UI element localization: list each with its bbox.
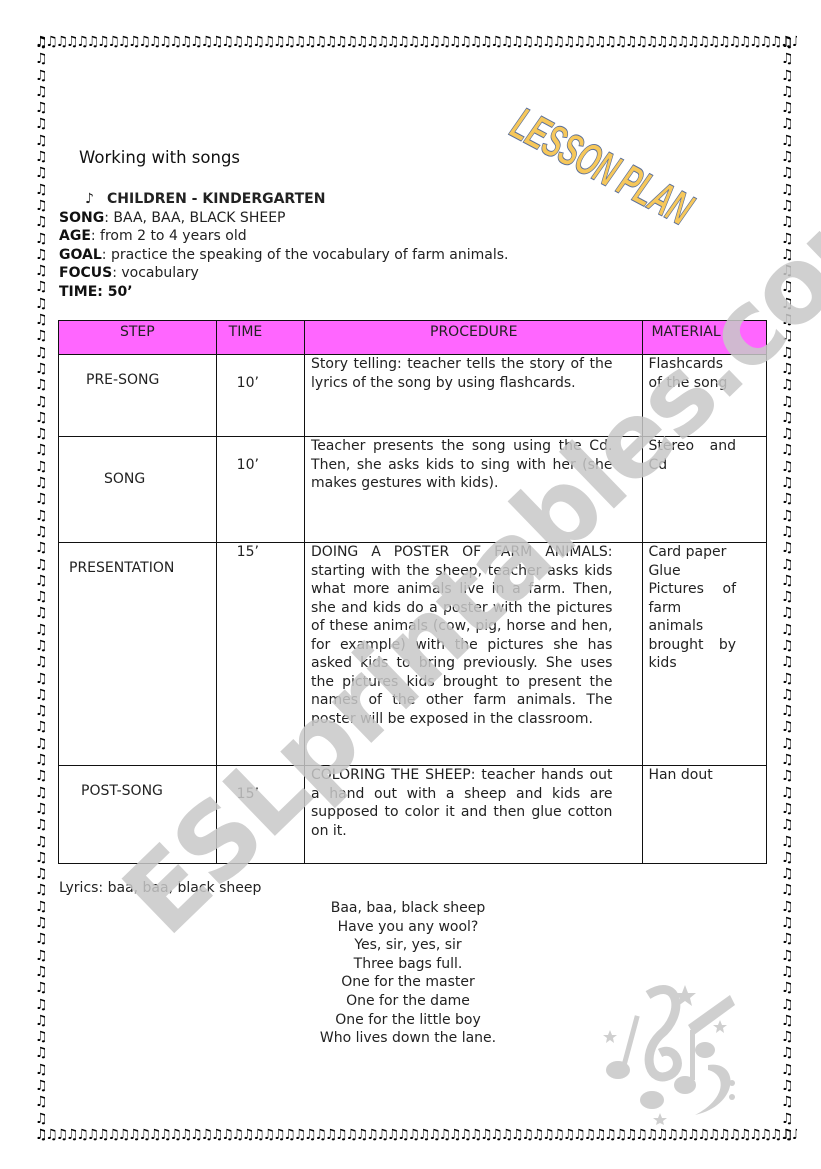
material-line: Glue <box>648 562 736 581</box>
lyrics-line: One for the master <box>308 973 508 992</box>
lyrics-line: Who lives down the lane. <box>308 1029 508 1048</box>
time-value: 15’ <box>237 786 259 802</box>
header-step: STEP <box>59 321 217 355</box>
step-label: PRE-SONG <box>86 372 159 388</box>
music-note-bullet-icon: ♪ <box>85 190 107 209</box>
step-cell: SONG <box>59 437 217 543</box>
song-line: SONG: BAA, BAA, BLACK SHEEP <box>59 209 508 228</box>
material-cell: Han dout <box>643 766 767 864</box>
lyrics-line: Three bags full. <box>308 955 508 974</box>
time-cell: 15’ <box>216 766 304 864</box>
music-note-border-bottom-icon: ♫♫♫♫♫♫♫♫♫♫♫♫♫♫♫♫♫♫♫♫♫♫♫♫♫♫♫♫♫♫♫♫♫♫♫♫♫♫♫♫… <box>35 1128 797 1142</box>
lesson-info: ♪CHILDREN - KINDERGARTEN SONG: BAA, BAA,… <box>59 190 508 302</box>
level-line: ♪CHILDREN - KINDERGARTEN <box>59 190 508 209</box>
step-cell: PRE-SONG <box>59 355 217 437</box>
procedure-cell: Story telling: teacher tells the story o… <box>305 355 643 437</box>
material-cell: Stereo and Cd <box>643 437 767 543</box>
step-cell: PRESENTATION <box>59 543 217 766</box>
header-material: MATERIAL <box>643 321 767 355</box>
song-value: : BAA, BAA, BLACK SHEEP <box>104 210 285 226</box>
procedure-cell: COLORING THE SHEEP: teacher hands out a … <box>305 766 643 864</box>
lyrics-line: One for the little boy <box>308 1011 508 1030</box>
procedure-cell: DOING A POSTER OF FARM ANIMALS: starting… <box>305 543 643 766</box>
procedure-cell: Teacher presents the song using the Cd. … <box>305 437 643 543</box>
table-row: PRESENTATION 15’ DOING A POSTER OF FARM … <box>59 543 767 766</box>
time-label: TIME: 50’ <box>59 284 133 300</box>
music-notes-clipart-icon <box>590 975 750 1125</box>
lesson-plan-table: STEP TIME PROCEDURE MATERIAL PRE-SONG 10… <box>58 320 767 864</box>
header-procedure: PROCEDURE <box>305 321 643 355</box>
goal-label: GOAL <box>59 247 102 263</box>
lyrics-line: Yes, sir, yes, sir <box>308 936 508 955</box>
music-note-border-left-icon: ♫♫♫♫♫♫♫♫♫♫♫♫♫♫♫♫♫♫♫♫♫♫♫♫♫♫♫♫♫♫♫♫♫♫♫♫♫♫♫♫… <box>35 35 49 1143</box>
focus-value: : vocabulary <box>112 265 199 281</box>
time-cell: 15’ <box>216 543 304 766</box>
header-time: TIME <box>216 321 304 355</box>
age-label: AGE <box>59 228 91 244</box>
table-row: SONG 10’ Teacher presents the song using… <box>59 437 767 543</box>
music-note-border-top-icon: ♫♫♫♫♫♫♫♫♫♫♫♫♫♫♫♫♫♫♫♫♫♫♫♫♫♫♫♫♫♫♫♫♫♫♫♫♫♫♫♫… <box>35 35 797 49</box>
goal-line: GOAL: practice the speaking of the vocab… <box>59 246 508 265</box>
material-cell: Card paperGluePictures of farm animals b… <box>643 543 767 766</box>
lyrics-text: Baa, baa, black sheepHave you any wool?Y… <box>308 899 508 1048</box>
page-subtitle: Working with songs <box>79 148 240 167</box>
time-value: 10’ <box>237 457 259 473</box>
lyrics-line: Have you any wool? <box>308 918 508 937</box>
material-cell: Flashcards of the song <box>643 355 767 437</box>
goal-value: : practice the speaking of the vocabular… <box>102 247 509 263</box>
lyrics-line: One for the dame <box>308 992 508 1011</box>
age-line: AGE: from 2 to 4 years old <box>59 227 508 246</box>
table-row: POST-SONG 15’ COLORING THE SHEEP: teache… <box>59 766 767 864</box>
lesson-plan-page: ♫♫♫♫♫♫♫♫♫♫♫♫♫♫♫♫♫♫♫♫♫♫♫♫♫♫♫♫♫♫♫♫♫♫♫♫♫♫♫♫… <box>0 0 821 1169</box>
focus-line: FOCUS: vocabulary <box>59 264 508 283</box>
time-value: 10’ <box>237 375 259 391</box>
material-line: Pictures of farm animals brought by kids <box>648 580 736 673</box>
time-line: TIME: 50’ <box>59 283 508 302</box>
material-line: Card paper <box>648 543 736 562</box>
time-cell: 10’ <box>216 437 304 543</box>
table-row: PRE-SONG 10’ Story telling: teacher tell… <box>59 355 767 437</box>
time-value: 15’ <box>237 544 259 560</box>
step-label: SONG <box>104 471 145 487</box>
step-label: PRESENTATION <box>69 560 174 576</box>
song-label: SONG <box>59 210 104 226</box>
table-header-row: STEP TIME PROCEDURE MATERIAL <box>59 321 767 355</box>
step-label: POST-SONG <box>81 783 163 799</box>
lyrics-label: Lyrics: baa, baa, black sheep <box>59 880 261 896</box>
lyrics-line: Baa, baa, black sheep <box>308 899 508 918</box>
time-cell: 10’ <box>216 355 304 437</box>
lesson-plan-title-art: LESSON PLAN <box>503 96 701 236</box>
focus-label: FOCUS <box>59 265 112 281</box>
age-value: : from 2 to 4 years old <box>91 228 247 244</box>
step-cell: POST-SONG <box>59 766 217 864</box>
level-text: CHILDREN - KINDERGARTEN <box>107 191 325 207</box>
music-note-border-right-icon: ♫♫♫♫♫♫♫♫♫♫♫♫♫♫♫♫♫♫♫♫♫♫♫♫♫♫♫♫♫♫♫♫♫♫♫♫♫♫♫♫… <box>781 35 795 1143</box>
